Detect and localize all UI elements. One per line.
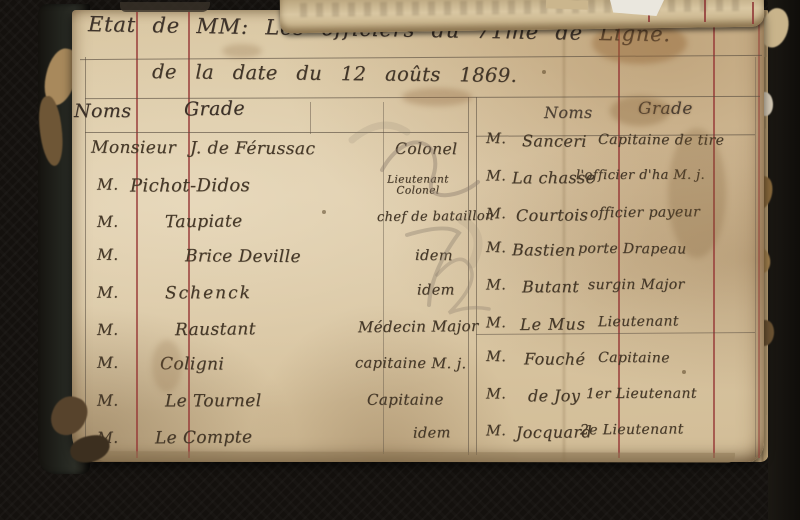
officer-grade: 2e Lieutenant [580,422,684,439]
honorific: M. [486,386,506,402]
ink-stain [610,96,670,126]
officer-name: Le Tournel [165,391,262,411]
page-bottom-edge [95,451,735,463]
table-row: M. Le Tournel Capitaine [85,390,485,423]
pencil-scribble [232,70,572,360]
ink-speck [682,370,686,374]
manuscript-page: Etat de MM: Les officiers du 71me de Lig… [72,10,764,462]
officer-grade: Lieutenant [598,313,679,330]
officer-grade: Capitaine [598,350,670,367]
officer-grade: surgin Major [588,277,685,293]
officer-grade: idem [413,425,451,441]
torn-page-gap [120,2,210,12]
honorific: Monsieur [91,138,176,159]
honorific: M. [486,424,506,440]
honorific: M. [97,321,119,339]
red-ruling-line [704,0,706,22]
officer-grade: 1er Lieutenant [586,386,697,402]
honorific: M. [97,176,119,194]
table-row: M. Jocquard 2e Lieutenant [478,421,764,456]
red-ruling-line [752,2,754,24]
officer-grade: porte Drapeau [578,241,687,258]
honorific: M. [97,213,119,231]
officer-grade: Capitaine [367,390,444,408]
honorific: M. [97,392,119,410]
book-cover-edge [768,0,800,520]
ink-stain [668,128,726,258]
table-row: M. de Joy 1er Lieutenant [478,386,764,419]
honorific: M. [97,246,119,264]
officer-name: de Joy [528,386,580,405]
honorific: M. [97,354,119,372]
officer-name: Le Compte [155,427,253,448]
torn-paper-fragment [546,0,588,10]
photographed-register-page: Etat de MM: Les officiers du 71me de Lig… [0,0,800,520]
ink-stain [152,340,182,392]
honorific: M. [97,284,119,302]
ink-stain [222,44,262,58]
